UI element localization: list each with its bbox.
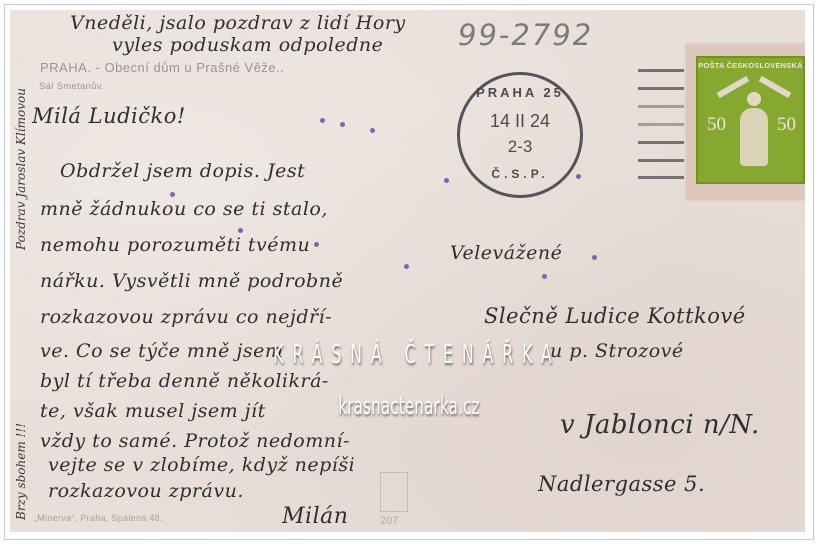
side-note-bottom: Brzy sbohem !!! <box>14 423 28 520</box>
allegorical-figure-icon <box>734 80 774 170</box>
stamp-country: POŠTA ČESKOSLOVENSKÁ <box>698 61 803 70</box>
publisher-logo-icon <box>380 472 408 512</box>
top-line-2: vyles poduskam odpoledne <box>112 34 383 56</box>
ink-spot <box>340 122 345 127</box>
postmark-bottom: Č.S.P. <box>460 167 580 181</box>
signature: Milán <box>282 504 348 529</box>
greeting: Milá Ludičko! <box>32 104 186 128</box>
body-line: vždy to samé. Protož nedomní- <box>40 430 350 452</box>
ink-spot <box>370 128 375 133</box>
body-line: Obdržel jsem dopis. Jest <box>60 160 305 182</box>
body-line: mně žádnukou co se ti stalo, <box>40 198 328 220</box>
postmark-date: 14 II 24 <box>460 111 580 132</box>
postcard: Vneděli, jsalo pozdrav z lidí Hory vyles… <box>10 10 805 532</box>
watermark-title: KRÁSNÁ ČTENÁŘKA <box>166 340 663 370</box>
publisher-imprint: „Minerva“, Praha, Spálená 48. <box>34 513 163 523</box>
stamp-design: POŠTA ČESKOSLOVENSKÁ 50 50 <box>696 56 805 184</box>
side-note-top: Pozdrav Jaroslav Klímovou <box>14 88 28 250</box>
ink-spot <box>238 228 243 233</box>
printed-subcaption: Sál Smetanův. <box>39 81 104 92</box>
ink-spot <box>170 192 175 197</box>
ink-spot <box>404 264 409 269</box>
body-line: byl tí třeba denně několikrá- <box>40 370 329 392</box>
ink-spot <box>542 274 547 279</box>
body-line: rozkazovou zprávu. <box>48 480 244 502</box>
postage-stamp: POŠTA ČESKOSLOVENSKÁ 50 50 <box>686 44 805 200</box>
ink-spot <box>444 178 449 183</box>
postmark-time: 2-3 <box>460 137 580 157</box>
address-salutation: Velevážené <box>450 242 562 264</box>
top-line-1: Vneděli, jsalo pozdrav z lidí Hory <box>70 12 406 34</box>
address-street: Nadlergasse 5. <box>538 472 705 496</box>
postmark-city: PRAHA 25 <box>460 85 580 100</box>
pencil-inventory-number: 99-2792 <box>458 18 593 52</box>
postmark: PRAHA 25 14 II 24 2-3 Č.S.P. <box>457 72 583 198</box>
printed-caption: PRAHA. - Obecní dům u Prašné Věže.. <box>40 60 284 75</box>
body-line: nářku. Vysvětli mně podrobně <box>40 270 343 292</box>
card-number: 207 <box>380 515 398 527</box>
ink-spot <box>320 118 325 123</box>
body-line: nemohu porozuměti tvému <box>40 234 310 256</box>
address-recipient: Slečně Ludice Kottkové <box>484 304 746 328</box>
stamp-value-left: 50 <box>707 114 726 136</box>
watermark-url: krasnactenarka.cz <box>155 392 662 420</box>
body-line: rozkazovou zprávu co nejdří- <box>40 306 332 328</box>
ink-spot <box>592 255 597 260</box>
stamp-value-right: 50 <box>777 114 796 136</box>
body-line: vejte se v zlobíme, když nepíši <box>48 454 355 476</box>
ink-spot <box>314 242 319 247</box>
